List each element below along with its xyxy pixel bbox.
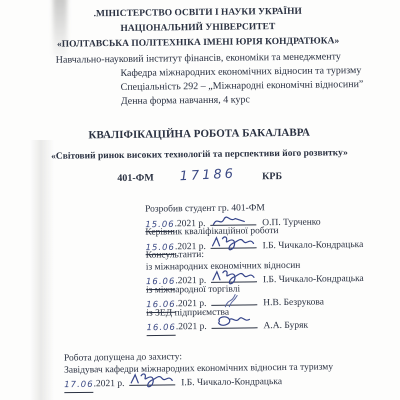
student-signature-icon bbox=[210, 213, 250, 229]
handwritten-work-number: 17186 bbox=[179, 167, 236, 185]
ministry-line: .МІНІСТЕРСТВО ОСВІТИ І НАУКИ УКРАЇНИ bbox=[0, 6, 398, 21]
handwritten-date: 15.06 bbox=[145, 219, 174, 232]
work-subtitle: «Світовий ринок високих технологій та пе… bbox=[0, 148, 399, 163]
university-line2: «ПОЛТАВСЬКА ПОЛІТЕХНІКА ІМЕНІ ЮРІЯ КОНДР… bbox=[0, 36, 398, 51]
consultant2-signature-icon bbox=[211, 293, 251, 309]
signature-line bbox=[129, 375, 175, 386]
page-title: КВАЛІФІКАЦІЙНА РОБОТА БАКАЛАВРА bbox=[0, 126, 399, 143]
consultant1-signature-icon bbox=[210, 268, 256, 287]
signature-line bbox=[211, 318, 257, 329]
department-line: Кафедра міжнародних економічних відносин… bbox=[120, 65, 361, 79]
admission-block: Робота допущена до захисту: Завідувач ка… bbox=[64, 350, 333, 388]
signature-line bbox=[210, 215, 256, 226]
approval-block: Розробив студент гр. 401-ФМ 15.06.2021 р… bbox=[145, 202, 364, 331]
supervisor-signature-row: 15.06.2021 р. І.Б. Чичкало-Кондрацька bbox=[145, 237, 363, 251]
handwritten-date: 15.06 bbox=[146, 242, 175, 255]
signature-line bbox=[210, 272, 256, 283]
consultant3-signature-row: 16.06.2021 р. А.А. Буряк bbox=[146, 317, 364, 331]
consultant3-signature-icon bbox=[211, 314, 253, 333]
page-content: .МІНІСТЕРСТВО ОСВІТИ І НАУКИ УКРАЇНИ НАЦ… bbox=[0, 0, 400, 400]
work-code: КРБ bbox=[262, 171, 282, 182]
group-code: 401-ФМ bbox=[117, 173, 153, 184]
handwritten-date: 16.06 bbox=[147, 323, 176, 336]
signer-name: І.Б. Чичкало-Кондрацька bbox=[262, 240, 363, 251]
signature-line bbox=[210, 238, 256, 249]
signature-line bbox=[211, 295, 257, 306]
head-of-department-signature-icon bbox=[129, 371, 175, 390]
handwritten-date: 16.06 bbox=[146, 277, 175, 290]
work-code-row: 401-ФМ 17186 КРБ bbox=[0, 166, 400, 186]
date-year: .2021 р. bbox=[176, 322, 207, 332]
signer-name: А.А. Буряк bbox=[263, 321, 308, 332]
handwritten-date: 17.06 bbox=[64, 380, 93, 393]
signer-name: Н.В. Безрукова bbox=[263, 297, 324, 308]
scanned-title-page: .МІНІСТЕРСТВО ОСВІТИ І НАУКИ УКРАЇНИ НАЦ… bbox=[0, 0, 400, 400]
date-year: .2021 р. bbox=[94, 379, 125, 389]
signer-name: І.Б. Чичкало-Кондрацька bbox=[181, 377, 282, 388]
institute-line: Навчально-науковий інститут фінансів, ек… bbox=[0, 51, 398, 67]
specialty-line: Спеціальність 292 – „Міжнародні економіч… bbox=[121, 79, 364, 93]
university-line1: НАЦІОНАЛЬНИЙ УНІВЕРСИТЕТ bbox=[0, 21, 398, 36]
signer-name: І.Б. Чичкало-Кондрацька bbox=[263, 274, 364, 285]
admission-signature-row: 17.06.2021 р. І.Б. Чичкало-Кондрацька bbox=[64, 373, 333, 388]
study-form-line: Денна форма навчання, 4 курс bbox=[121, 94, 250, 107]
supervisor-signature-icon bbox=[210, 234, 256, 253]
consultant1-signature-row: 16.06.2021 р. І.Б. Чичкало-Кондрацька bbox=[146, 271, 364, 285]
handwritten-date: 16.06 bbox=[146, 300, 175, 313]
